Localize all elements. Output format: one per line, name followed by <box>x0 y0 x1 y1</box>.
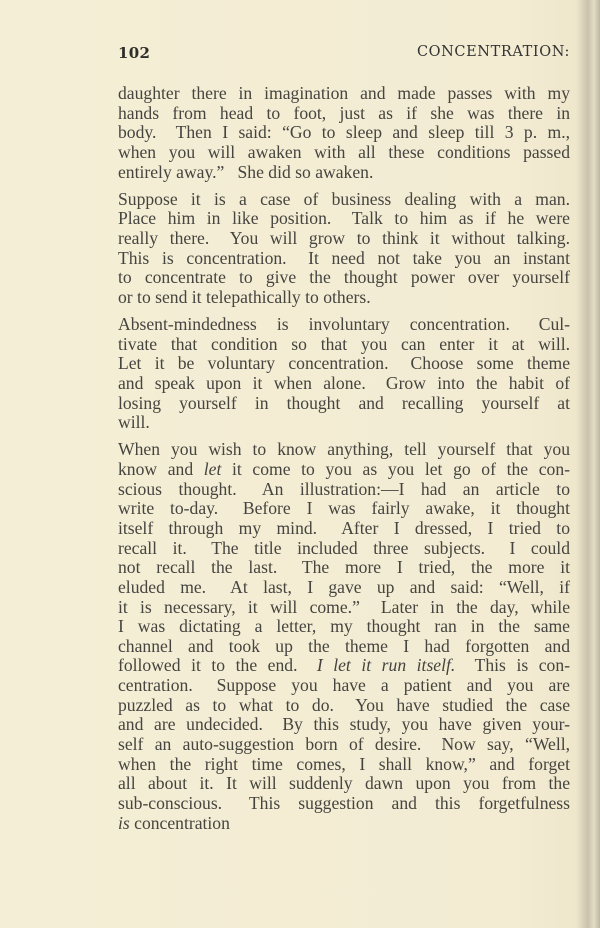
text-line: Place him in like position. Talk to him … <box>118 209 570 229</box>
text-line: tivate that condition so that you can en… <box>118 335 570 355</box>
text-line: and speak upon it when alone. Grow into … <box>118 374 570 394</box>
text-line: itself through my mind. After I dressed,… <box>118 519 570 539</box>
text-line: all about it. It will suddenly dawn upon… <box>118 774 570 794</box>
text-line: it is necessary, it will come.” Later in… <box>118 598 570 618</box>
text-line: body. Then I said: “Go to sleep and slee… <box>118 123 570 143</box>
text-line: Suppose it is a case of business dealing… <box>118 190 570 210</box>
text-line: really there. You will grow to think it … <box>118 229 570 249</box>
text-line: when you will awaken with all these cond… <box>118 143 570 163</box>
text-line: puzzled as to what to do. You have studi… <box>118 696 570 716</box>
text-line: recall it. The title included three subj… <box>118 539 570 559</box>
text-line: will. <box>118 413 570 433</box>
text-line: This is concentration. It need not take … <box>118 249 570 269</box>
page-header: 102 CONCENTRATION: <box>118 44 570 64</box>
paragraph: daughter there in imagination and made p… <box>118 84 570 182</box>
text-line: When you wish to know anything, tell you… <box>118 440 570 460</box>
text-line: I was dictating a letter, my thought ran… <box>118 617 570 637</box>
italic-text: is <box>118 813 130 833</box>
paragraph: When you wish to know anything, tell you… <box>118 440 570 833</box>
paragraph: Suppose it is a case of business dealing… <box>118 190 570 308</box>
italic-text: I let it run itself. <box>317 655 455 675</box>
text-line: when the right time comes, I shall know,… <box>118 755 570 775</box>
text-line: Let it be voluntary concentration. Choos… <box>118 354 570 374</box>
page-number: 102 <box>118 44 150 62</box>
text-line: write to-day. Before I was fairly awake,… <box>118 499 570 519</box>
text-line: daughter there in imagination and made p… <box>118 84 570 104</box>
text-line: losing yourself in thought and recalling… <box>118 394 570 414</box>
text-line: scious thought. An illustration:—I had a… <box>118 480 570 500</box>
running-head: CONCENTRATION: <box>417 44 570 60</box>
paragraph: Absent-mindedness is involuntary concent… <box>118 315 570 433</box>
text-line: entirely away.” She did so awaken. <box>118 163 570 183</box>
italic-text: let <box>204 459 222 479</box>
text-line: centration. Suppose you have a patient a… <box>118 676 570 696</box>
text-line: or to send it telepathically to others. <box>118 288 570 308</box>
text-line: sub-conscious. This suggestion and this … <box>118 794 570 814</box>
text-line: channel and took up the theme I had forg… <box>118 637 570 657</box>
text-line: and are undecided. By this study, you ha… <box>118 715 570 735</box>
text-line: followed it to the end. I let it run its… <box>118 656 570 676</box>
text-line: hands from head to foot, just as if she … <box>118 104 570 124</box>
page-body: daughter there in imagination and made p… <box>118 84 570 841</box>
text-line: to concentrate to give the thought power… <box>118 268 570 288</box>
text-line: know and let it come to you as you let g… <box>118 460 570 480</box>
text-line: self an auto-suggestion born of desire. … <box>118 735 570 755</box>
text-line: eluded me. At last, I gave up and said: … <box>118 578 570 598</box>
text-line: is concentration <box>118 814 570 834</box>
text-line: Absent-mindedness is involuntary concent… <box>118 315 570 335</box>
text-line: not recall the last. The more I tried, t… <box>118 558 570 578</box>
book-page: 102 CONCENTRATION: daughter there in ima… <box>0 0 600 928</box>
